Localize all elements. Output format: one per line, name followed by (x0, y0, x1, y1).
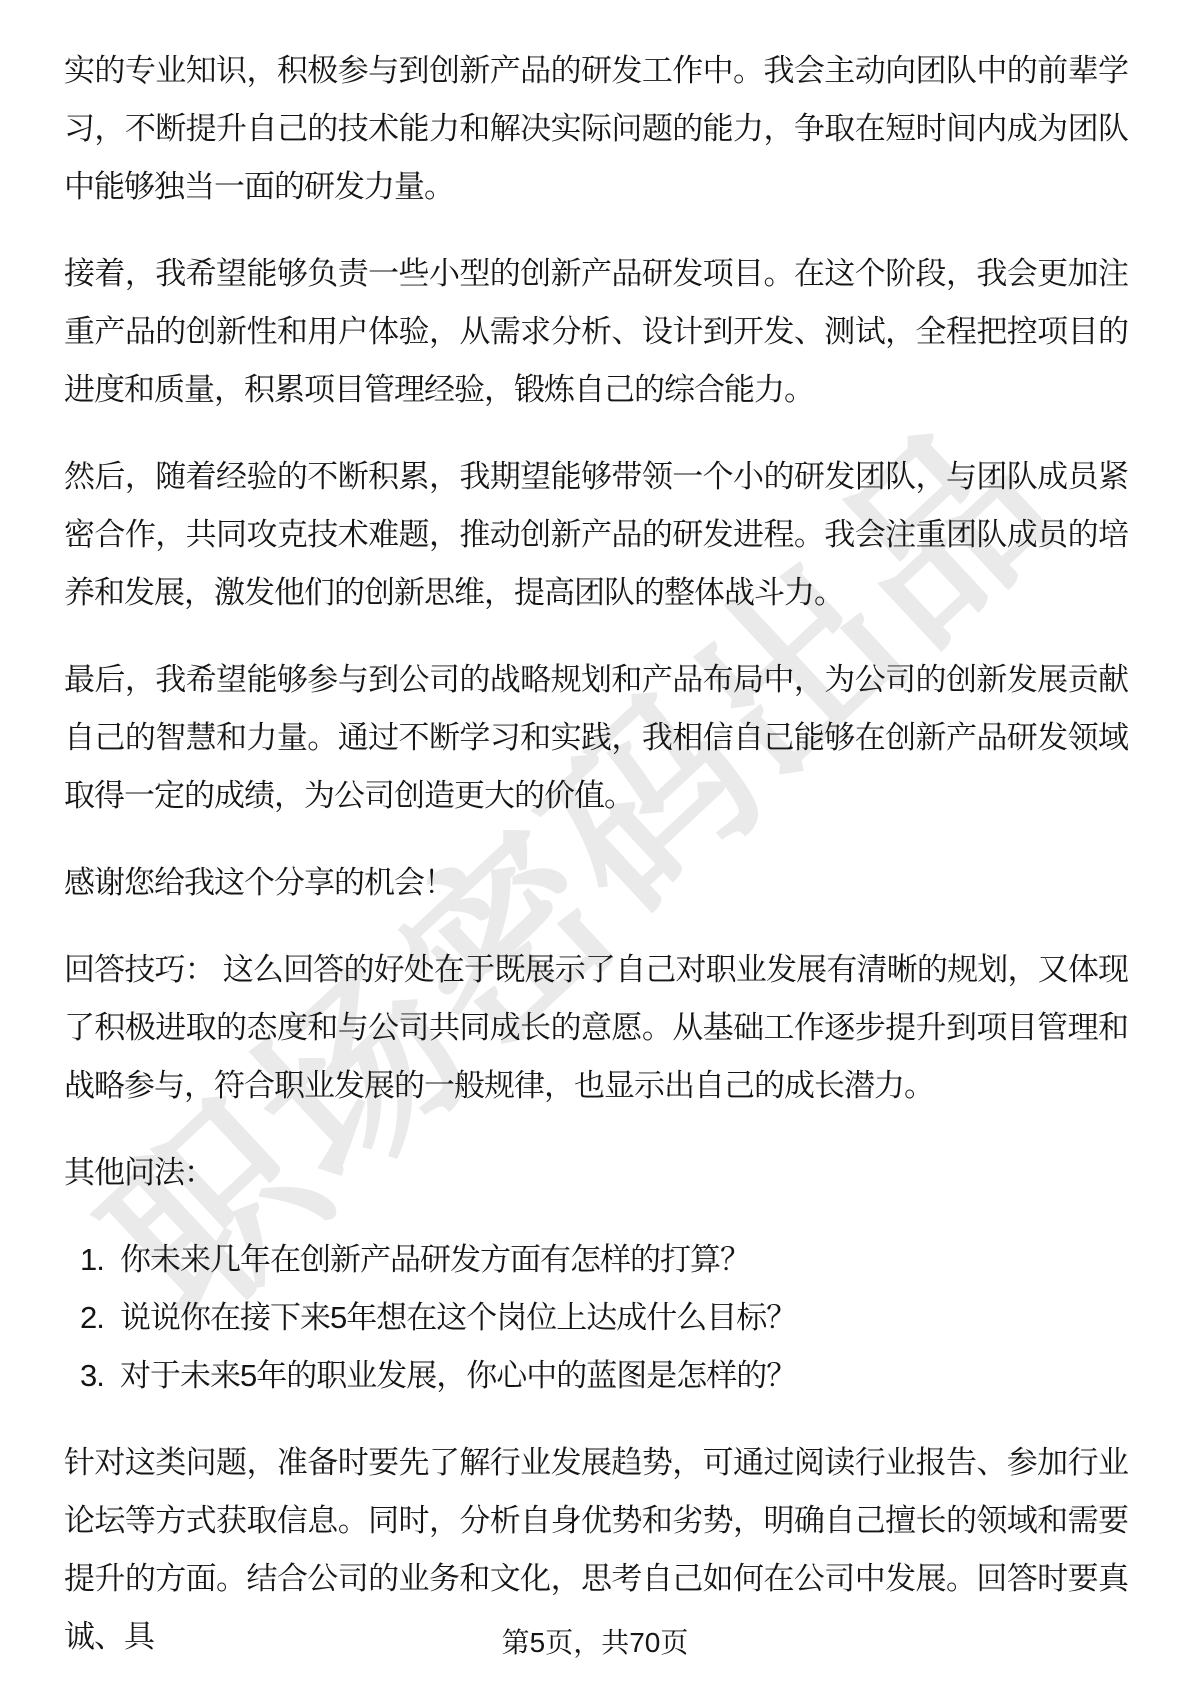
alternate-questions-list: 1. 你未来几年在创新产品研发方面有怎样的打算？ 2. 说说你在接下来5年想在这… (64, 1231, 1128, 1405)
paragraph-stage-four: 最后，我希望能够参与到公司的战略规划和产品布局中，为公司的创新发展贡献自己的智慧… (64, 651, 1128, 825)
paragraph-answer-tips: 回答技巧： 这么回答的好处在于既展示了自己对职业发展有清晰的规划，又体现了积极进… (64, 941, 1128, 1115)
list-item: 2. 说说你在接下来5年想在这个岗位上达成什么目标？ (64, 1289, 1128, 1347)
list-item-text: 说说你在接下来5年想在这个岗位上达成什么目标？ (120, 1289, 796, 1347)
paragraph-continued-from-previous-page: 实的专业知识，积极参与到创新产品的研发工作中。我会主动向团队中的前辈学习，不断提… (64, 42, 1128, 216)
page-content: 实的专业知识，积极参与到创新产品的研发工作中。我会主动向团队中的前辈学习，不断提… (0, 0, 1190, 1666)
list-item-number: 2. (80, 1289, 120, 1347)
list-item-number: 1. (80, 1231, 120, 1289)
paragraph-other-askings-label: 其他问法： (64, 1144, 1128, 1202)
list-item: 1. 你未来几年在创新产品研发方面有怎样的打算？ (64, 1231, 1128, 1289)
list-item-text: 对于未来5年的职业发展，你心中的蓝图是怎样的？ (120, 1347, 796, 1405)
list-item-number: 3. (80, 1347, 120, 1405)
paragraph-thanks: 感谢您给我这个分享的机会！ (64, 854, 1128, 912)
paragraph-stage-two: 接着，我希望能够负责一些小型的创新产品研发项目。在这个阶段，我会更加注重产品的创… (64, 245, 1128, 419)
document-page: 职场密码出品 实的专业知识，积极参与到创新产品的研发工作中。我会主动向团队中的前… (0, 0, 1190, 1684)
page-footer: 第5页，共70页 (0, 1628, 1190, 1658)
list-item: 3. 对于未来5年的职业发展，你心中的蓝图是怎样的？ (64, 1347, 1128, 1405)
list-item-text: 你未来几年在创新产品研发方面有怎样的打算？ (120, 1231, 750, 1289)
paragraph-stage-three: 然后，随着经验的不断积累，我期望能够带领一个小的研发团队，与团队成员紧密合作，共… (64, 448, 1128, 622)
